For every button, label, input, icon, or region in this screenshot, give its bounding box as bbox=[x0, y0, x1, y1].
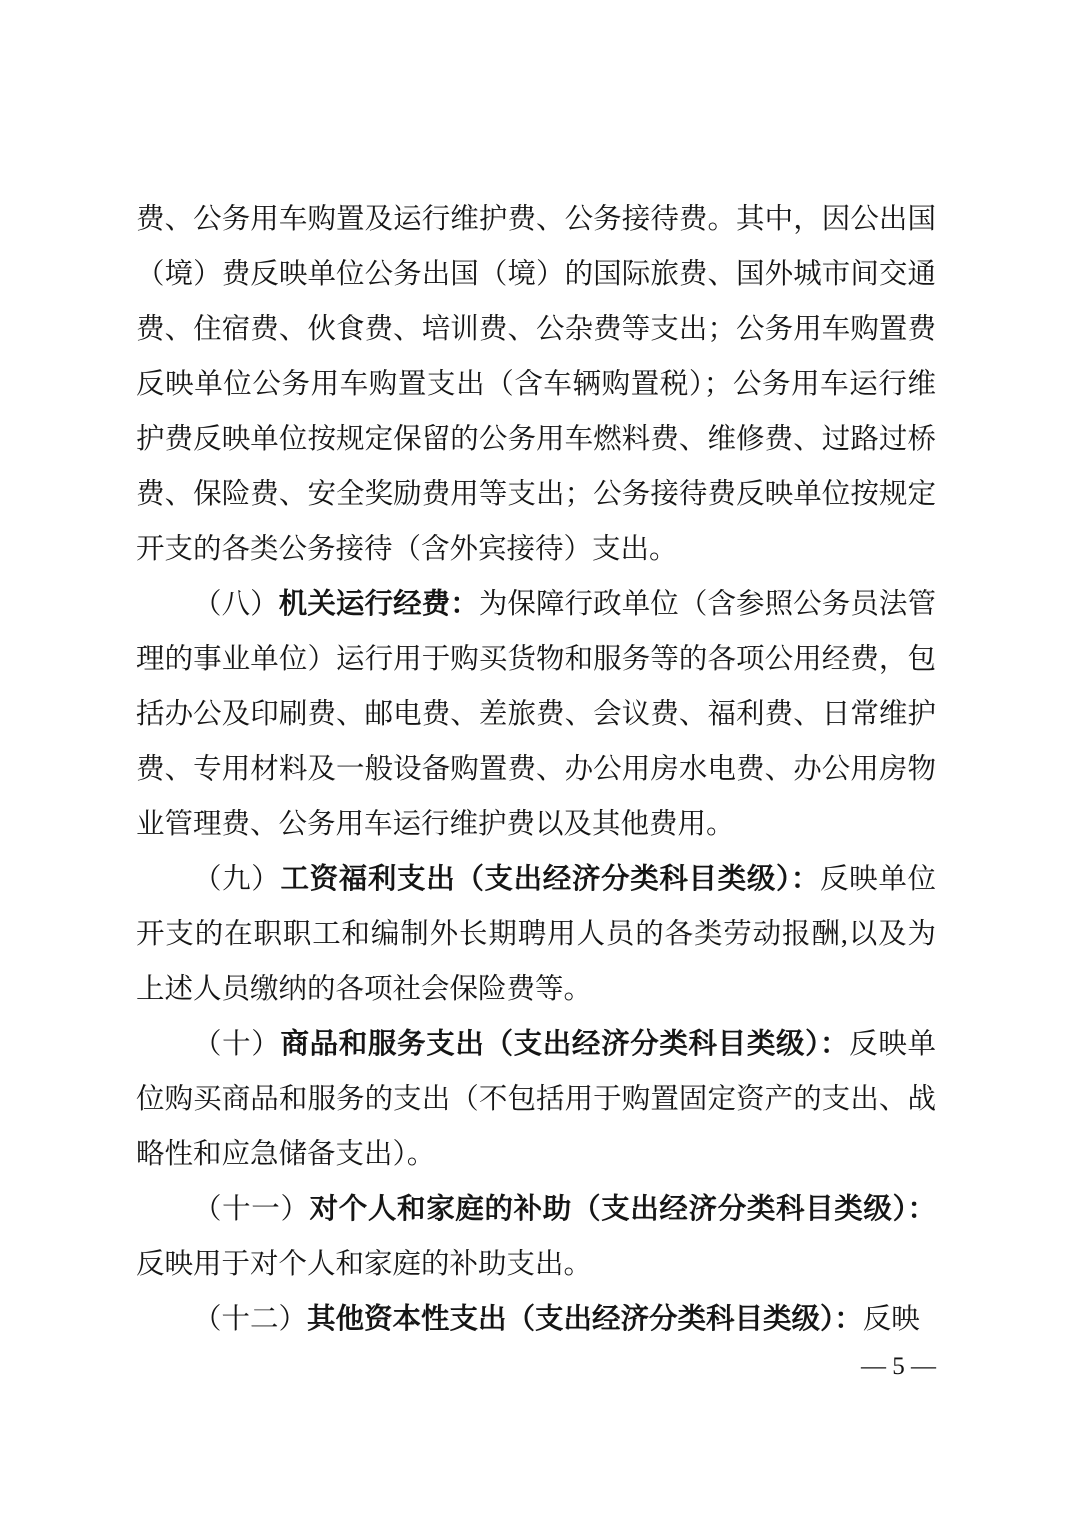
page-footer: — 5 — bbox=[136, 1350, 936, 1384]
paragraph-text: 为保障行政单位（含参照公务员法管理的事业单位）运行用于购买货物和服务等的各项公用… bbox=[136, 589, 936, 840]
paragraph-text: 反映用于对个人和家庭的补助支出。 bbox=[136, 1249, 592, 1280]
paragraph-item-10: （十）商品和服务支出（支出经济分类科目类级）：反映单位购买商品和服务的支出（不包… bbox=[136, 1017, 936, 1182]
paragraph-item-8: （八）机关运行经费：为保障行政单位（含参照公务员法管理的事业单位）运行用于购买货… bbox=[136, 577, 936, 852]
term-label: 机关运行经费： bbox=[279, 589, 479, 620]
paragraph-text: 费、公务用车购置及运行维护费、公务接待费。其中，因公出国（境）费反映单位公务出国… bbox=[136, 204, 936, 565]
paragraph-item-9: （九）工资福利支出（支出经济分类科目类级）：反映单位开支的在职职工和编制外长期聘… bbox=[136, 852, 936, 1017]
document-page: 费、公务用车购置及运行维护费、公务接待费。其中，因公出国（境）费反映单位公务出国… bbox=[0, 0, 1074, 1520]
page-number: — 5 — bbox=[861, 1353, 936, 1380]
term-label: 对个人和家庭的补助（支出经济分类科目类级）： bbox=[310, 1194, 936, 1225]
paragraph-item-11: （十一）对个人和家庭的补助（支出经济分类科目类级）：反映用于对个人和家庭的补助支… bbox=[136, 1182, 936, 1292]
term-label: 商品和服务支出（支出经济分类科目类级）： bbox=[280, 1029, 849, 1060]
item-marker: （九） bbox=[193, 864, 280, 895]
item-marker: （八） bbox=[193, 589, 279, 620]
paragraph-item-12: （十二）其他资本性支出（支出经济分类科目类级）：反映 bbox=[136, 1292, 936, 1347]
item-marker: （十二） bbox=[193, 1304, 307, 1335]
paragraph-continuation: 费、公务用车购置及运行维护费、公务接待费。其中，因公出国（境）费反映单位公务出国… bbox=[136, 192, 936, 577]
item-marker: （十一） bbox=[193, 1194, 310, 1225]
term-label: 工资福利支出（支出经济分类科目类级）： bbox=[280, 864, 820, 895]
paragraph-text: 反映 bbox=[863, 1304, 920, 1335]
term-label: 其他资本性支出（支出经济分类科目类级）： bbox=[307, 1304, 863, 1335]
document-text-block: 费、公务用车购置及运行维护费、公务接待费。其中，因公出国（境）费反映单位公务出国… bbox=[136, 192, 936, 1347]
item-marker: （十） bbox=[193, 1029, 280, 1060]
